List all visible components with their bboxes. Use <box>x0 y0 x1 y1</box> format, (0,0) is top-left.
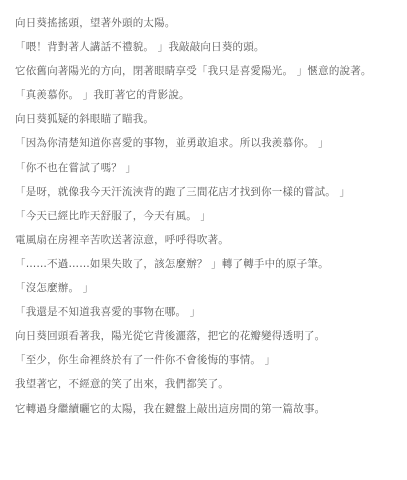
paragraph: 「至少，你生命裡終於有了一件你不會後悔的事情。 」 <box>15 353 400 367</box>
paragraph: 我望著它，不經意的笑了出來，我們都笑了。 <box>15 377 400 391</box>
paragraph: 向日葵回頭看著我，陽光從它背後灑落，把它的花瓣變得透明了。 <box>15 329 400 343</box>
paragraph: 「……不過……如果失敗了，該怎麼辦？ 」轉了轉手中的原子筆。 <box>15 257 400 271</box>
paragraph: 「你不也在嘗試了嗎？ 」 <box>15 161 400 175</box>
paragraph: 「因為你清楚知道你喜愛的事物，並勇敢追求。所以我羨慕你。 」 <box>15 136 400 150</box>
paragraph: 向日葵狐疑的斜眼瞄了瞄我。 <box>15 112 400 126</box>
paragraph: 「今天已經比昨天舒服了，今天有風。 」 <box>15 209 400 223</box>
paragraph: 電風扇在房裡辛苦吹送著涼意，呼呼得吹著。 <box>15 233 400 247</box>
paragraph: 「沒怎麼辦。 」 <box>15 281 400 295</box>
paragraph: 「真羨慕你。 」我盯著它的背影說。 <box>15 88 400 102</box>
paragraph: 「我還是不知道我喜愛的事物在哪。 」 <box>15 305 400 319</box>
paragraph: 它依舊向著陽光的方向，閉著眼睛享受「我只是喜愛陽光。 」愜意的說著。 <box>15 64 400 78</box>
paragraph: 「是呀，就像我今天汗流浹背的跑了三間花店才找到你一樣的嘗試。 」 <box>15 185 400 199</box>
paragraph: 它轉過身繼續曬它的太陽，我在鍵盤上敲出這房間的第一篇故事。 <box>15 402 400 416</box>
paragraph: 「喂！背對著人講話不禮貌。 」我敲敲向日葵的頭。 <box>15 40 400 54</box>
paragraph: 向日葵搖搖頭，望著外頭的太陽。 <box>15 16 400 30</box>
story-document: 向日葵搖搖頭，望著外頭的太陽。 「喂！背對著人講話不禮貌。 」我敲敲向日葵的頭。… <box>15 16 400 426</box>
